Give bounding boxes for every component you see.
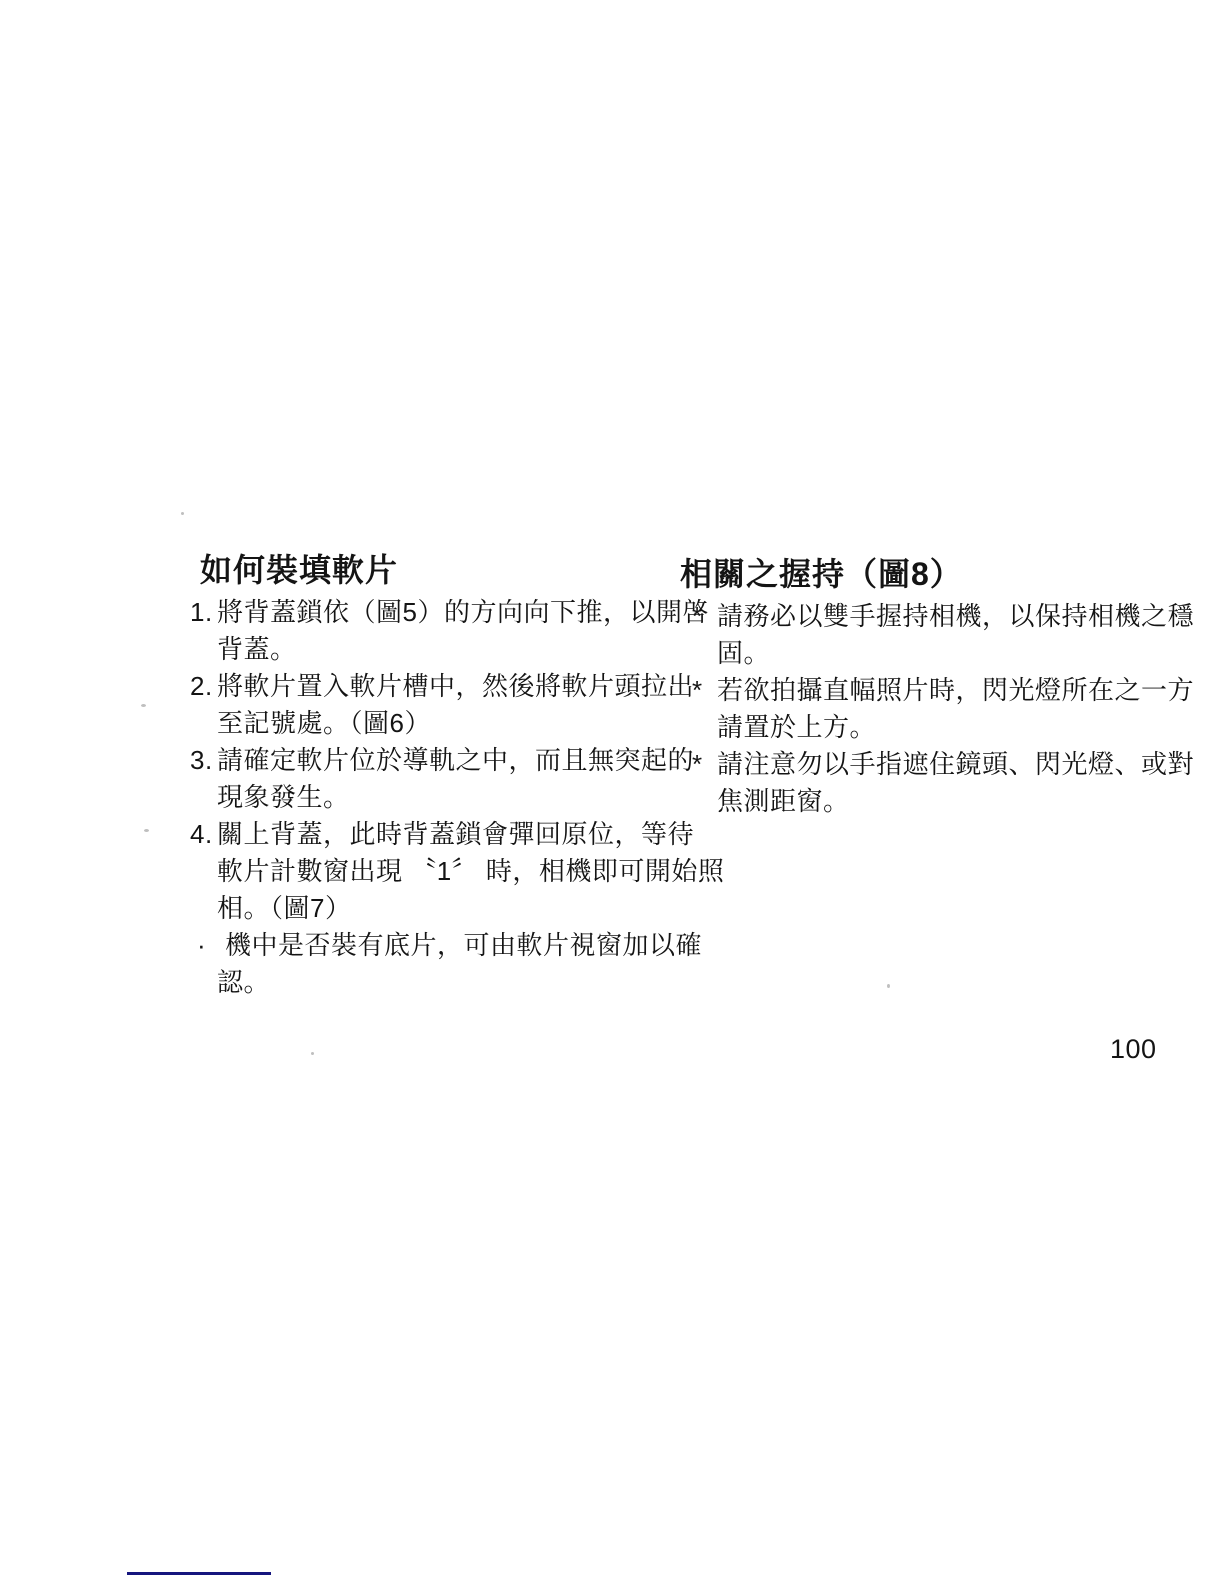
manual-page: 如何裝填軟片 1.將背蓋鎖依（圖5）的方向向下推，以開啓背蓋。2.將軟片置入軟片…: [0, 0, 1224, 1584]
text-line: 1.將背蓋鎖依（圖5）的方向向下推，以開啓: [190, 594, 680, 631]
text-line: *若欲拍攝直幅照片時，閃光燈所在之一方: [690, 672, 1200, 709]
text-line: 軟片計數窗出現 〝1〞 時，相機即可開始照: [190, 853, 680, 890]
left-column: 如何裝填軟片 1.將背蓋鎖依（圖5）的方向向下推，以開啓背蓋。2.將軟片置入軟片…: [190, 550, 680, 1001]
line-text: 將背蓋鎖依（圖5）的方向向下推，以開啓: [217, 597, 709, 627]
list-marker: 2.: [190, 668, 217, 705]
list-marker: *: [690, 598, 717, 635]
list-marker: *: [690, 746, 717, 783]
line-text: 若欲拍攝直幅照片時，閃光燈所在之一方: [717, 675, 1194, 705]
scan-speck: [141, 704, 146, 707]
line-text: 請務必以雙手握持相機，以保持相機之穩: [717, 601, 1194, 631]
right-column-body: *請務必以雙手握持相機，以保持相機之穩固。*若欲拍攝直幅照片時，閃光燈所在之一方…: [690, 598, 1200, 820]
scan-speck: [887, 984, 890, 988]
line-text: 關上背蓋，此時背蓋鎖會彈回原位，等待: [217, 819, 694, 849]
line-text: 請注意勿以手指遮住鏡頭、閃光燈、或對: [717, 749, 1194, 779]
text-line: *請注意勿以手指遮住鏡頭、閃光燈、或對: [690, 746, 1200, 783]
list-marker: 1.: [190, 594, 217, 631]
text-line: *請務必以雙手握持相機，以保持相機之穩: [690, 598, 1200, 635]
scan-speck: [181, 512, 184, 515]
scan-speck: [311, 1052, 314, 1055]
right-column-heading: 相關之握持（圖8）: [680, 554, 1200, 594]
text-line: ·機中是否裝有底片，可由軟片視窗加以確: [190, 927, 680, 964]
left-column-heading: 如何裝填軟片: [200, 550, 680, 590]
left-column-body: 1.將背蓋鎖依（圖5）的方向向下推，以開啓背蓋。2.將軟片置入軟片槽中，然後將軟…: [190, 594, 680, 1001]
list-marker: 4.: [190, 816, 217, 853]
text-line: 相。（圖7）: [190, 890, 680, 927]
text-line: 背蓋。: [190, 631, 680, 668]
list-marker: ·: [190, 927, 225, 964]
text-line: 請置於上方。: [690, 709, 1200, 746]
line-text: 請確定軟片位於導軌之中，而且無突起的: [217, 745, 694, 775]
text-line: 4.關上背蓋，此時背蓋鎖會彈回原位，等待: [190, 816, 680, 853]
list-marker: 3.: [190, 742, 217, 779]
text-line: 至記號處。（圖6）: [190, 705, 680, 742]
text-line: 2.將軟片置入軟片槽中，然後將軟片頭拉出: [190, 668, 680, 705]
text-line: 焦測距窗。: [690, 783, 1200, 820]
footer-rule: [127, 1572, 271, 1575]
text-line: 3.請確定軟片位於導軌之中，而且無突起的: [190, 742, 680, 779]
text-line: 現象發生。: [190, 779, 680, 816]
text-line: 認。: [190, 964, 680, 1001]
line-text: 機中是否裝有底片，可由軟片視窗加以確: [225, 930, 702, 960]
list-marker: *: [690, 672, 717, 709]
text-line: 固。: [690, 635, 1200, 672]
scan-speck: [144, 829, 149, 832]
line-text: 將軟片置入軟片槽中，然後將軟片頭拉出: [217, 671, 694, 701]
right-column: 相關之握持（圖8） *請務必以雙手握持相機，以保持相機之穩固。*若欲拍攝直幅照片…: [690, 554, 1200, 820]
page-number: 100: [1110, 1034, 1157, 1065]
